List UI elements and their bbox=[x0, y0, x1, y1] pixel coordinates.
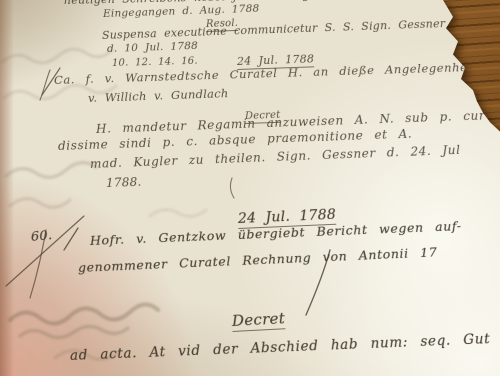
checkoff-slash-mark bbox=[6, 216, 84, 286]
bottom-line-cut: ad acta. At vid der Abschied hab num: se… bbox=[70, 331, 491, 364]
entry-body-line: genommener Curatel Rechnung von Antonii … bbox=[78, 244, 438, 275]
paper-sheet: heutigen Schreibens nebst jenes Anzeige,… bbox=[0, 0, 500, 376]
photo-of-manuscript: heutigen Schreibens nebst jenes Anzeige,… bbox=[0, 0, 500, 376]
paper-sheet-wrapper: heutigen Schreibens nebst jenes Anzeige,… bbox=[0, 0, 500, 376]
year-line: 1788. bbox=[106, 175, 142, 190]
decret-heading-bottom: Decret bbox=[231, 309, 285, 332]
date-line: d. 10 Jul. 1788 bbox=[107, 40, 198, 55]
entry-number-60: 60. bbox=[30, 228, 53, 245]
reference-numbers: 10. 12. 14. 16. bbox=[112, 56, 198, 69]
latin-resolution-line: Suspensa executione communicetur S. S. S… bbox=[102, 17, 446, 42]
names-line: v. Willich v. Gundlach bbox=[88, 86, 229, 105]
